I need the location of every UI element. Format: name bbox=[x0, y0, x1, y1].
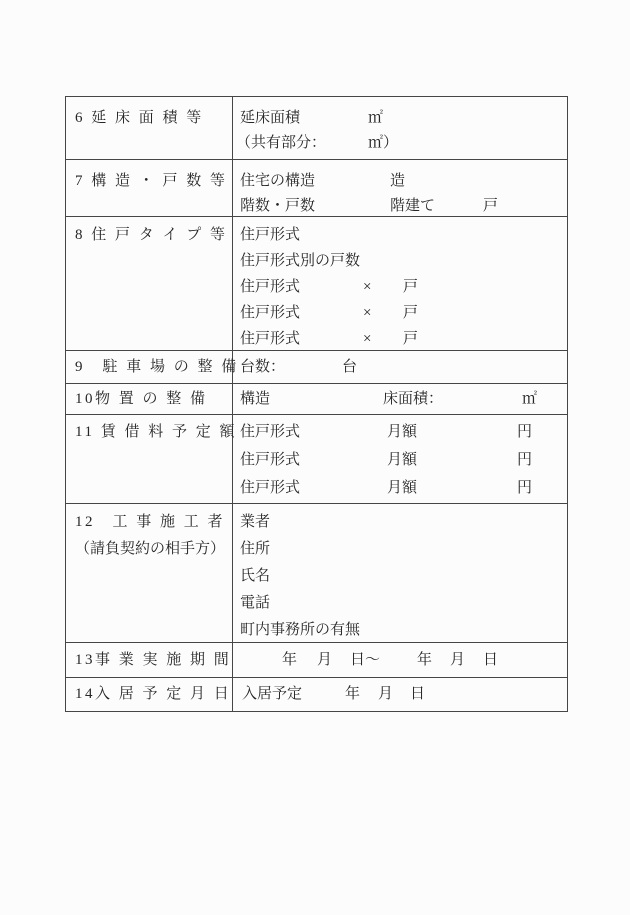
row-12-header-sublabel: （請負契約の相手方） bbox=[75, 536, 232, 563]
row-header-cell: 12 工 事 施 工 者 （請負契約の相手方） bbox=[66, 504, 233, 642]
table-row-6-floor-area: 6 延 床 面 積 等 延床面積 ㎡ （共有部分： ㎡） bbox=[66, 97, 567, 160]
row-content-cell: 住戸形式 住戸形式別の戸数 住戸形式 × 戸 住戸形式 × 戸 住戸形式 × bbox=[233, 217, 567, 350]
table-row-14-move-in-date: 14入 居 予 定 月 日 入居予定 年 月 日 bbox=[66, 678, 567, 711]
storage-structure-label: 構造 bbox=[240, 384, 270, 414]
units-suffix-label: 戸 bbox=[403, 274, 418, 300]
field-line: （共有部分： ㎡） bbox=[233, 131, 567, 156]
row-12-header-label: 12 工 事 施 工 者 bbox=[75, 509, 232, 536]
field-line: 町内事務所の有無 bbox=[233, 617, 567, 644]
year-label: 年 bbox=[282, 643, 297, 677]
row-header-cell: 8 住 戸 タ イ プ 等 bbox=[66, 217, 233, 350]
row-content-cell: 入居予定 年 月 日 bbox=[233, 678, 567, 711]
row-content-cell: 延床面積 ㎡ （共有部分： ㎡） bbox=[233, 97, 567, 159]
row-header-cell: 7 構 造 ・ 戸 数 等 bbox=[66, 160, 233, 216]
day-label: 日 bbox=[483, 643, 498, 677]
table-row-12-contractor: 12 工 事 施 工 者 （請負契約の相手方） 業者 住所 氏名 電話 町内事務… bbox=[66, 504, 567, 643]
field-line: 住戸形式 月額 円 bbox=[233, 474, 567, 502]
table-row-8-unit-type: 8 住 戸 タ イ プ 等 住戸形式 住戸形式別の戸数 住戸形式 × 戸 住戸形… bbox=[66, 217, 567, 351]
field-line: 年 月 日～ 年 月 日 bbox=[233, 643, 567, 677]
table-row-7-structure-units: 7 構 造 ・ 戸 数 等 住宅の構造 造 階数・戸数 階建て 戸 bbox=[66, 160, 567, 217]
field-line: 住戸形式 × 戸 bbox=[233, 274, 567, 300]
shared-area-label: （共有部分： bbox=[236, 131, 326, 156]
unit-type-label: 住戸形式 bbox=[240, 446, 300, 474]
total-floor-area-label: 延床面積 bbox=[240, 106, 300, 131]
unit-type-label: 住戸形式 bbox=[240, 418, 300, 446]
row-8-header-label: 8 住 戸 タ イ プ 等 bbox=[75, 222, 232, 248]
field-line: 住戸形式 月額 円 bbox=[233, 446, 567, 474]
row-14-header-label: 14入 居 予 定 月 日 bbox=[75, 678, 232, 711]
move-in-plan-label: 入居予定 bbox=[242, 678, 302, 711]
name-label: 氏名 bbox=[240, 563, 270, 590]
car-count-label: 台数： bbox=[240, 351, 285, 383]
monthly-amount-label: 月額 bbox=[387, 474, 417, 502]
unit-type-label: 住戸形式 bbox=[240, 474, 300, 502]
field-line: 住戸形式 × 戸 bbox=[233, 326, 567, 352]
contractor-label: 業者 bbox=[240, 509, 270, 536]
field-line: 電話 bbox=[233, 590, 567, 617]
monthly-amount-label: 月額 bbox=[387, 418, 417, 446]
field-line: 住所 bbox=[233, 536, 567, 563]
multiply-sign: × bbox=[363, 326, 371, 352]
floor-area-label: 床面積： bbox=[383, 384, 443, 414]
month-label: 月 bbox=[378, 678, 393, 711]
field-line: 住宅の構造 造 bbox=[233, 169, 567, 194]
field-line: 住戸形式 × 戸 bbox=[233, 300, 567, 326]
field-line: 氏名 bbox=[233, 563, 567, 590]
field-line: 入居予定 年 月 日 bbox=[233, 678, 567, 711]
cars-unit-label: 台 bbox=[342, 351, 357, 383]
yen-unit-label: 円 bbox=[517, 474, 532, 502]
unit-type-label: 住戸形式 bbox=[240, 326, 300, 352]
multiply-sign: × bbox=[363, 274, 371, 300]
housing-plan-form-table: 6 延 床 面 積 等 延床面積 ㎡ （共有部分： ㎡） 7 構 造 ・ 戸 数… bbox=[65, 96, 568, 712]
unit-type-label: 住戸形式 bbox=[240, 222, 300, 248]
row-header-cell: 13事 業 実 施 期 間 bbox=[66, 643, 233, 677]
multiply-sign: × bbox=[363, 300, 371, 326]
row-header-cell: 14入 居 予 定 月 日 bbox=[66, 678, 233, 711]
table-row-13-project-period: 13事 業 実 施 期 間 年 月 日～ 年 月 日 bbox=[66, 643, 567, 678]
month-label: 月 bbox=[317, 643, 332, 677]
sqm-unit-label: ㎡ bbox=[522, 384, 537, 414]
yen-unit-label: 円 bbox=[517, 446, 532, 474]
row-content-cell: 業者 住所 氏名 電話 町内事務所の有無 bbox=[233, 504, 567, 642]
day-label: 日 bbox=[410, 678, 425, 711]
units-suffix-label: 戸 bbox=[403, 326, 418, 352]
unit-type-label: 住戸形式 bbox=[240, 300, 300, 326]
monthly-amount-label: 月額 bbox=[387, 446, 417, 474]
sqm-unit-paren-label: ㎡） bbox=[368, 131, 398, 156]
house-structure-label: 住宅の構造 bbox=[240, 169, 315, 194]
address-label: 住所 bbox=[240, 536, 270, 563]
floors-units-label: 階数・戸数 bbox=[240, 194, 315, 219]
row-13-header-label: 13事 業 実 施 期 間 bbox=[75, 643, 232, 677]
field-line: 業者 bbox=[233, 509, 567, 536]
field-line: 台数： 台 bbox=[233, 351, 567, 383]
field-line: 構造 床面積： ㎡ bbox=[233, 384, 567, 414]
floors-suffix-label: 階建て bbox=[390, 194, 435, 219]
field-line: 住戸形式 bbox=[233, 222, 567, 248]
row-9-header-label: 9 駐 車 場 の 整 備 bbox=[75, 351, 232, 383]
row-header-cell: 11 賃 借 料 予 定 額 bbox=[66, 415, 233, 503]
table-row-11-rent: 11 賃 借 料 予 定 額 住戸形式 月額 円 住戸形式 月額 円 住戸形式 … bbox=[66, 415, 567, 504]
phone-label: 電話 bbox=[240, 590, 270, 617]
sqm-unit-label: ㎡ bbox=[368, 106, 383, 131]
local-office-presence-label: 町内事務所の有無 bbox=[240, 617, 360, 644]
row-6-header-label: 6 延 床 面 積 等 bbox=[75, 106, 232, 131]
yen-unit-label: 円 bbox=[517, 418, 532, 446]
unit-type-label: 住戸形式 bbox=[240, 274, 300, 300]
units-suffix-label: 戸 bbox=[483, 194, 498, 219]
row-11-header-label: 11 賃 借 料 予 定 額 bbox=[75, 418, 232, 446]
day-tilde-label: 日～ bbox=[350, 643, 380, 677]
row-header-cell: 9 駐 車 場 の 整 備 bbox=[66, 351, 233, 383]
field-line: 住戸形式 月額 円 bbox=[233, 418, 567, 446]
month-label: 月 bbox=[450, 643, 465, 677]
table-row-10-storage: 10物 置 の 整 備 構造 床面積： ㎡ bbox=[66, 384, 567, 415]
row-content-cell: 年 月 日～ 年 月 日 bbox=[233, 643, 567, 677]
table-row-9-parking: 9 駐 車 場 の 整 備 台数： 台 bbox=[66, 351, 567, 384]
field-line: 延床面積 ㎡ bbox=[233, 106, 567, 131]
year-label: 年 bbox=[417, 643, 432, 677]
structure-suffix-label: 造 bbox=[390, 169, 405, 194]
row-10-header-label: 10物 置 の 整 備 bbox=[75, 384, 232, 414]
units-by-type-label: 住戸形式別の戸数 bbox=[240, 248, 360, 274]
row-content-cell: 住戸形式 月額 円 住戸形式 月額 円 住戸形式 月額 円 bbox=[233, 415, 567, 503]
year-label: 年 bbox=[345, 678, 360, 711]
row-7-header-label: 7 構 造 ・ 戸 数 等 bbox=[75, 169, 232, 194]
row-content-cell: 住宅の構造 造 階数・戸数 階建て 戸 bbox=[233, 160, 567, 216]
document-page: 6 延 床 面 積 等 延床面積 ㎡ （共有部分： ㎡） 7 構 造 ・ 戸 数… bbox=[0, 0, 630, 915]
field-line: 住戸形式別の戸数 bbox=[233, 248, 567, 274]
row-header-cell: 10物 置 の 整 備 bbox=[66, 384, 233, 414]
row-content-cell: 台数： 台 bbox=[233, 351, 567, 383]
field-line: 階数・戸数 階建て 戸 bbox=[233, 194, 567, 219]
units-suffix-label: 戸 bbox=[403, 300, 418, 326]
row-content-cell: 構造 床面積： ㎡ bbox=[233, 384, 567, 414]
row-header-cell: 6 延 床 面 積 等 bbox=[66, 97, 233, 159]
